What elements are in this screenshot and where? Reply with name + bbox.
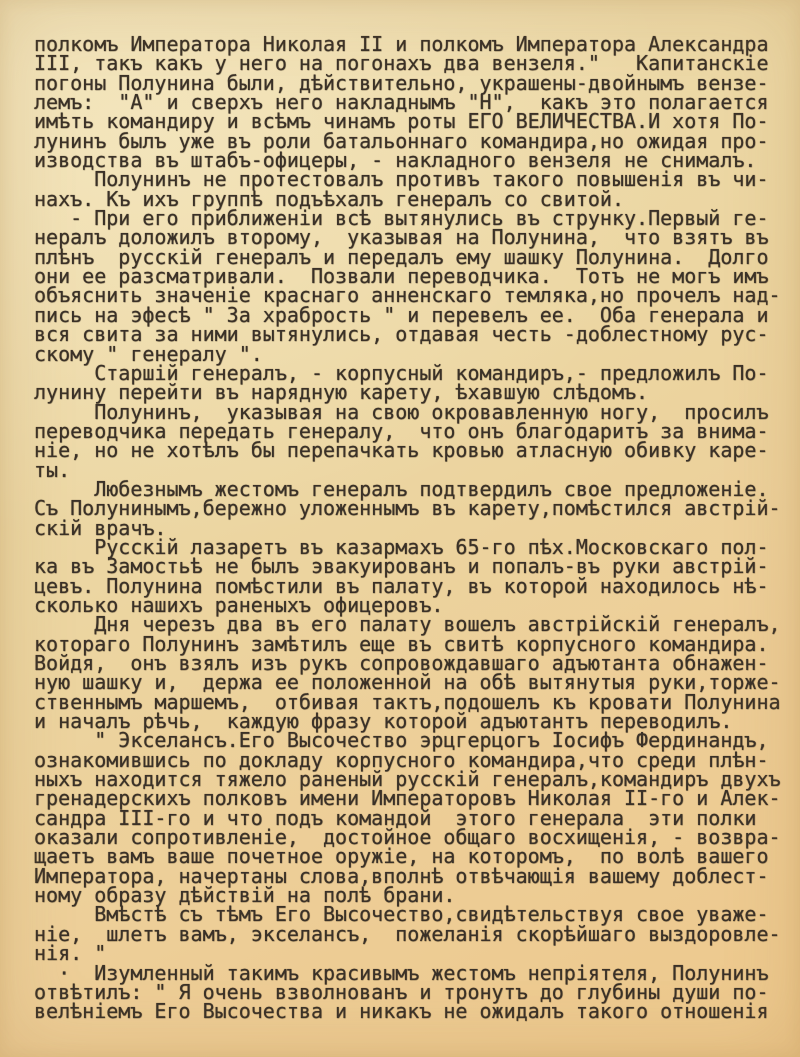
text-line: ніе, шлетъ вамъ, экселансъ, пожеланія ск… — [34, 925, 790, 944]
document-page: полкомъ Императора Николая II и полкомъ … — [0, 0, 800, 1057]
text-line: велѣніемъ Его Высочества и никакъ не ожи… — [34, 1002, 790, 1021]
typewritten-text: полкомъ Императора Николая II и полкомъ … — [34, 35, 790, 1022]
text-line: ніе, но не хотѣлъ бы перепачкать кровью … — [34, 441, 790, 460]
